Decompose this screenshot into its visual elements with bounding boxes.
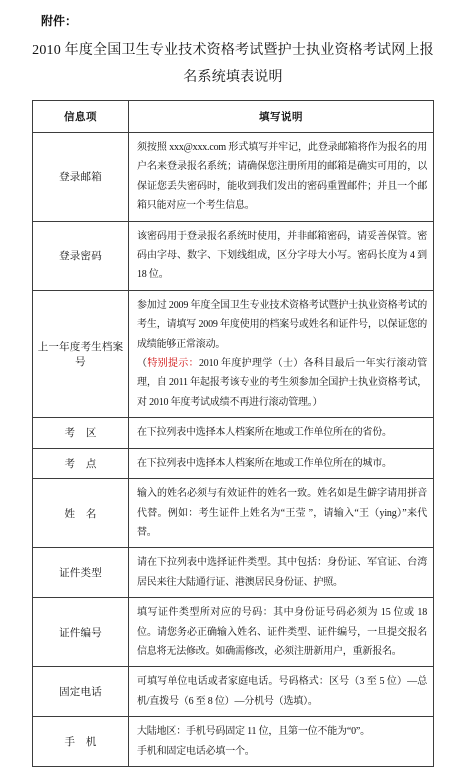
instruction-text: 可填写单位电话或者家庭电话。号码格式：区号（3 至 5 位）—总机/直拨号（6 … bbox=[129, 667, 434, 717]
info-item-label: 考 区 bbox=[33, 418, 129, 448]
info-item-label: 考 点 bbox=[33, 448, 129, 478]
table-row-name: 姓 名 输入的姓名必须与有效证件的姓名一致。姓名如是生僻字请用拼音代替。例如：考… bbox=[33, 479, 434, 548]
instruction-text: 须按照 xxx@xxx.com 形式填写并牢记，此登录邮箱将作为报名的用户名来登… bbox=[129, 133, 434, 222]
column-header-info-item: 信息项 bbox=[33, 101, 129, 133]
table-row-exam-district: 考 区 在下拉列表中选择本人档案所在地或工作单位所在的省份。 bbox=[33, 418, 434, 448]
table-row-exam-site: 考 点 在下拉列表中选择本人档案所在地或工作单位所在的城市。 bbox=[33, 448, 434, 478]
instructions-table: 信息项 填写说明 登录邮箱 须按照 xxx@xxx.com 形式填写并牢记，此登… bbox=[32, 100, 434, 767]
info-item-label: 登录密码 bbox=[33, 221, 129, 290]
table-row-previous-archive-number: 上一年度考生档案号 参加过 2009 年度全国卫生专业技术资格考试暨护士执业资格… bbox=[33, 290, 434, 417]
info-item-label: 姓 名 bbox=[33, 479, 129, 548]
info-item-label: 证件类型 bbox=[33, 548, 129, 598]
column-header-instructions: 填写说明 bbox=[129, 101, 434, 133]
document-page: 附件： 2010 年度全国卫生专业技术资格考试暨护士执业资格考试网上报名系统填表… bbox=[0, 0, 466, 767]
instruction-text: 请在下拉列表中选择证件类型。其中包括：身份证、军官证、台湾居民来往大陆通行证、港… bbox=[129, 548, 434, 598]
info-item-label: 上一年度考生档案号 bbox=[33, 290, 129, 417]
instruction-text: 在下拉列表中选择本人档案所在地或工作单位所在的城市。 bbox=[129, 448, 434, 478]
table-row-id-type: 证件类型 请在下拉列表中选择证件类型。其中包括：身份证、军官证、台湾居民来往大陆… bbox=[33, 548, 434, 598]
instruction-text: 填写证件类型所对应的号码：其中身份证号码必须为 15 位或 18 位。请您务必正… bbox=[129, 598, 434, 667]
table-row-mobile-phone: 手 机 大陆地区：手机号码固定 11 位，且第一位不能为“0”。 手机和固定电话… bbox=[33, 717, 434, 767]
special-note-highlight: 特别提示： bbox=[147, 358, 199, 369]
instruction-text: 参加过 2009 年度全国卫生专业技术资格考试暨护士执业资格考试的考生，请填写 … bbox=[129, 290, 434, 417]
table-header-row: 信息项 填写说明 bbox=[33, 101, 434, 133]
attachment-label: 附件： bbox=[41, 12, 466, 30]
instruction-text: 输入的姓名必须与有效证件的姓名一致。姓名如是生僻字请用拼音代替。例如：考生证件上… bbox=[129, 479, 434, 548]
table-row-id-number: 证件编号 填写证件类型所对应的号码：其中身份证号码必须为 15 位或 18 位。… bbox=[33, 598, 434, 667]
info-item-label: 登录邮箱 bbox=[33, 133, 129, 222]
instruction-text: 在下拉列表中选择本人档案所在地或工作单位所在的省份。 bbox=[129, 418, 434, 448]
instruction-text: 该密码用于登录报名系统时使用，并非邮箱密码，请妥善保管。密码由字母、数字、下划线… bbox=[129, 221, 434, 290]
table-row-login-email: 登录邮箱 须按照 xxx@xxx.com 形式填写并牢记，此登录邮箱将作为报名的… bbox=[33, 133, 434, 222]
info-item-label: 证件编号 bbox=[33, 598, 129, 667]
table-row-login-password: 登录密码 该密码用于登录报名系统时使用，并非邮箱密码，请妥善保管。密码由字母、数… bbox=[33, 221, 434, 290]
info-item-label: 手 机 bbox=[33, 717, 129, 767]
instruction-text: 大陆地区：手机号码固定 11 位，且第一位不能为“0”。 手机和固定电话必填一个… bbox=[129, 717, 434, 767]
page-title: 2010 年度全国卫生专业技术资格考试暨护士执业资格考试网上报名系统填表说明 bbox=[31, 37, 435, 91]
info-item-label: 固定电话 bbox=[33, 667, 129, 717]
table-row-landline-phone: 固定电话 可填写单位电话或者家庭电话。号码格式：区号（3 至 5 位）—总机/直… bbox=[33, 667, 434, 717]
